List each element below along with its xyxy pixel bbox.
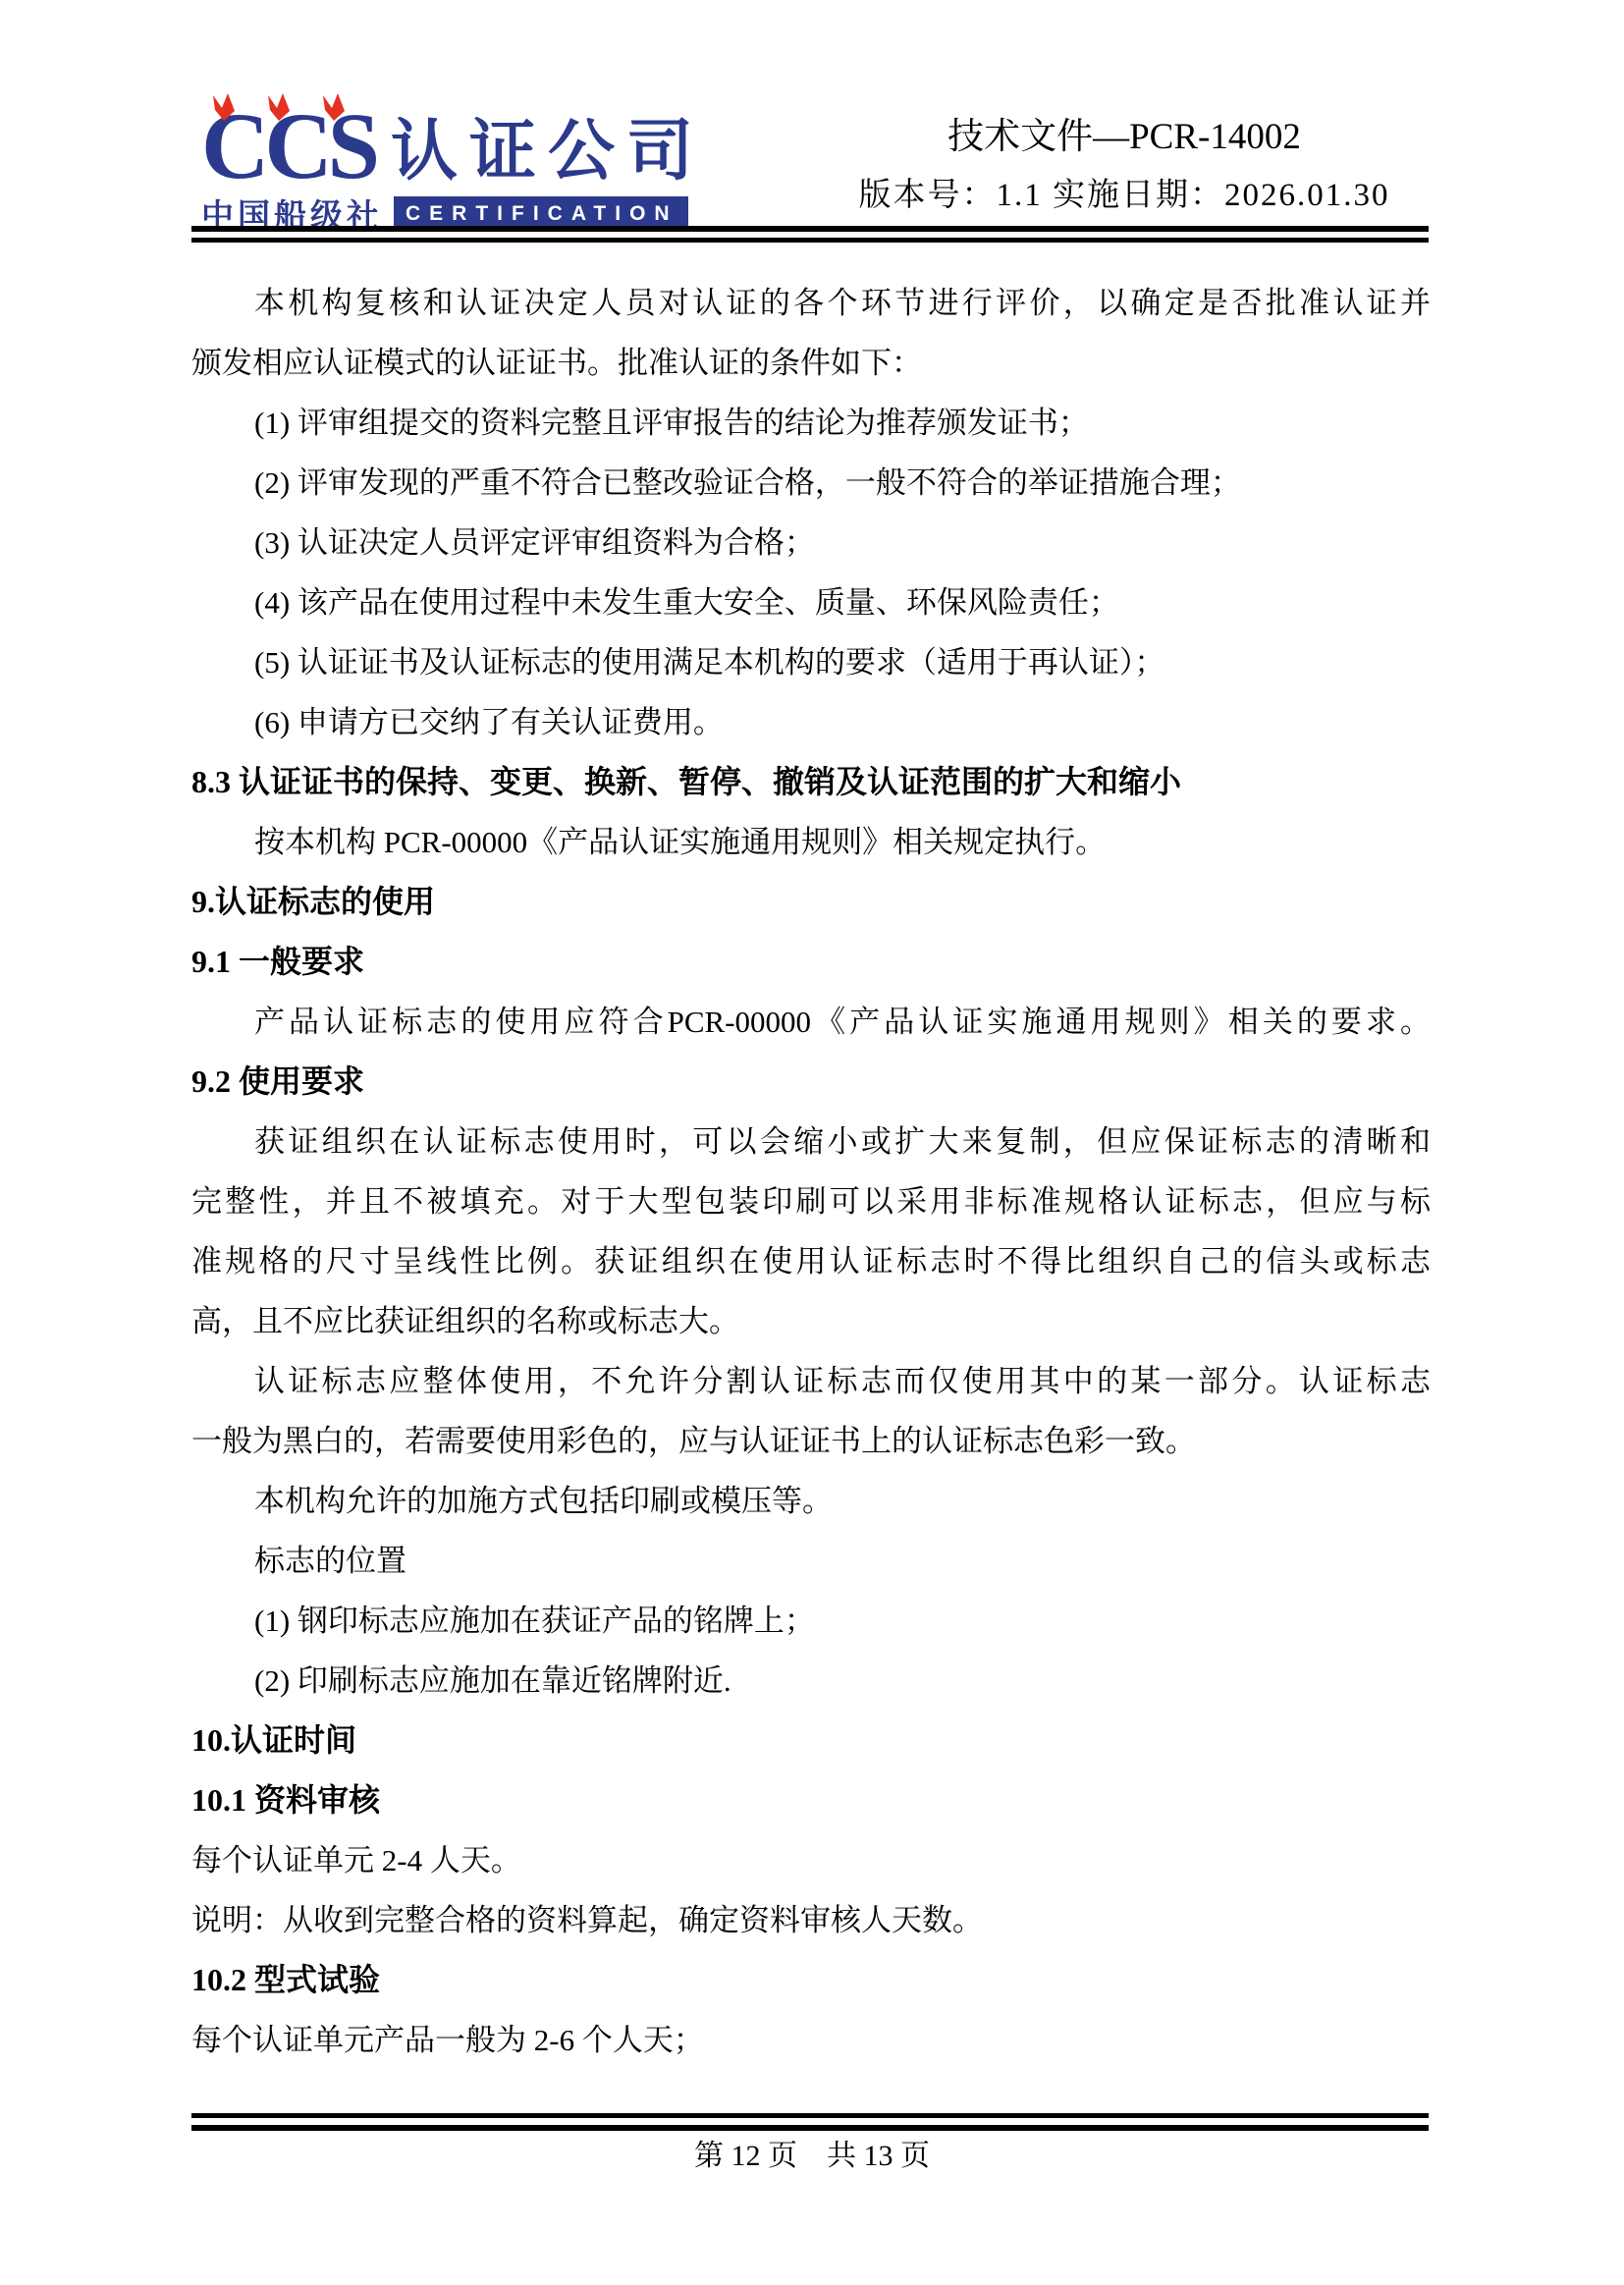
header-rule-thin [191, 238, 1429, 243]
section-heading: 10.2 型式试验 [191, 1950, 1431, 2010]
section-heading: 9.2 使用要求 [191, 1052, 1431, 1112]
document-page: CCS 认证公司 中国船级社 CERTIFICATION 技术文件—PCR-14… [0, 0, 1624, 2285]
body-line: 标志的位置 [191, 1531, 1431, 1591]
body-line: 完整性，并且不被填充。对于大型包装印刷可以采用非标准规格认证标志，但应与标 [191, 1171, 1431, 1231]
body-line: 按本机构 PCR-00000《产品认证实施通用规则》相关规定执行。 [191, 812, 1431, 872]
body-line: 高，且不应比获证组织的名称或标志大。 [191, 1291, 1431, 1351]
section-heading: 10.1 资料审核 [191, 1770, 1431, 1830]
footer-rule-thin [191, 2113, 1429, 2118]
body-line: 每个认证单元 2-4 人天。 [191, 1830, 1431, 1890]
body-line: (4) 该产品在使用过程中未发生重大安全、质量、环保风险责任； [191, 572, 1431, 632]
body-line: (6) 申请方已交纳了有关认证费用。 [191, 692, 1431, 752]
logo-company-text: 认证公司 [391, 118, 705, 185]
body-line: (3) 认证决定人员评定评审组资料为合格； [191, 513, 1431, 572]
logo-flame-icon [211, 92, 237, 122]
body-line: 一般为黑白的，若需要使用彩色的，应与认证证书上的认证标志色彩一致。 [191, 1411, 1431, 1471]
header-right-block: 技术文件—PCR-14002 版本号：1.1 实施日期：2026.01.30 [815, 116, 1434, 214]
body-line: (1) 评审组提交的资料完整且评审报告的结论为推荐颁发证书； [191, 393, 1431, 453]
section-heading: 9.1 一般要求 [191, 932, 1431, 992]
body-line: (2) 印刷标志应施加在靠近铭牌附近. [191, 1651, 1431, 1711]
ccs-logo: CCS 认证公司 中国船级社 CERTIFICATION [201, 108, 705, 237]
logo-flame-icon [266, 92, 292, 122]
body-line: 准规格的尺寸呈线性比例。获证组织在使用认证标志时不得比组织自己的信头或标志 [191, 1231, 1431, 1291]
body-line: 获证组织在认证标志使用时，可以会缩小或扩大来复制，但应保证标志的清晰和 [191, 1112, 1431, 1171]
page-number: 第 12 页 共 13 页 [0, 2137, 1624, 2176]
section-heading: 8.3 认证证书的保持、变更、换新、暂停、撤销及认证范围的扩大和缩小 [191, 752, 1431, 812]
header-rule-thick [191, 226, 1429, 232]
body-line: (5) 认证证书及认证标志的使用满足本机构的要求（适用于再认证）； [191, 632, 1431, 692]
body-line: 每个认证单元产品一般为 2-6 个人天； [191, 2010, 1431, 2070]
logo-ccs-wrap: CCS [201, 108, 375, 185]
body-line: (1) 钢印标志应施加在获证产品的铭牌上； [191, 1591, 1431, 1651]
body-line: 本机构复核和认证决定人员对认证的各个环节进行评价，以确定是否批准认证并 [191, 273, 1431, 333]
body-line: 认证标志应整体使用，不允许分割认证标志而仅使用其中的某一部分。认证标志 [191, 1351, 1431, 1411]
section-heading: 9.认证标志的使用 [191, 872, 1431, 932]
body-line: 颁发相应认证模式的认证证书。批准认证的条件如下： [191, 333, 1431, 393]
logo-row-main: CCS 认证公司 [201, 108, 705, 185]
document-body: 本机构复核和认证决定人员对认证的各个环节进行评价，以确定是否批准认证并颁发相应认… [191, 273, 1431, 2070]
version-and-date: 版本号：1.1 实施日期：2026.01.30 [815, 177, 1434, 214]
body-line: 本机构允许的加施方式包括印刷或模压等。 [191, 1471, 1431, 1531]
doc-number: 技术文件—PCR-14002 [815, 116, 1434, 159]
footer-rule-thick [191, 2125, 1429, 2131]
body-line: (2) 评审发现的严重不符合已整改验证合格，一般不符合的举证措施合理； [191, 453, 1431, 513]
section-heading: 10.认证时间 [191, 1711, 1431, 1770]
body-line: 产品认证标志的使用应符合PCR-00000《产品认证实施通用规则》相关的要求。 [191, 992, 1431, 1052]
body-line: 说明：从收到完整合格的资料算起，确定资料审核人天数。 [191, 1890, 1431, 1950]
logo-flame-icon [321, 92, 347, 122]
